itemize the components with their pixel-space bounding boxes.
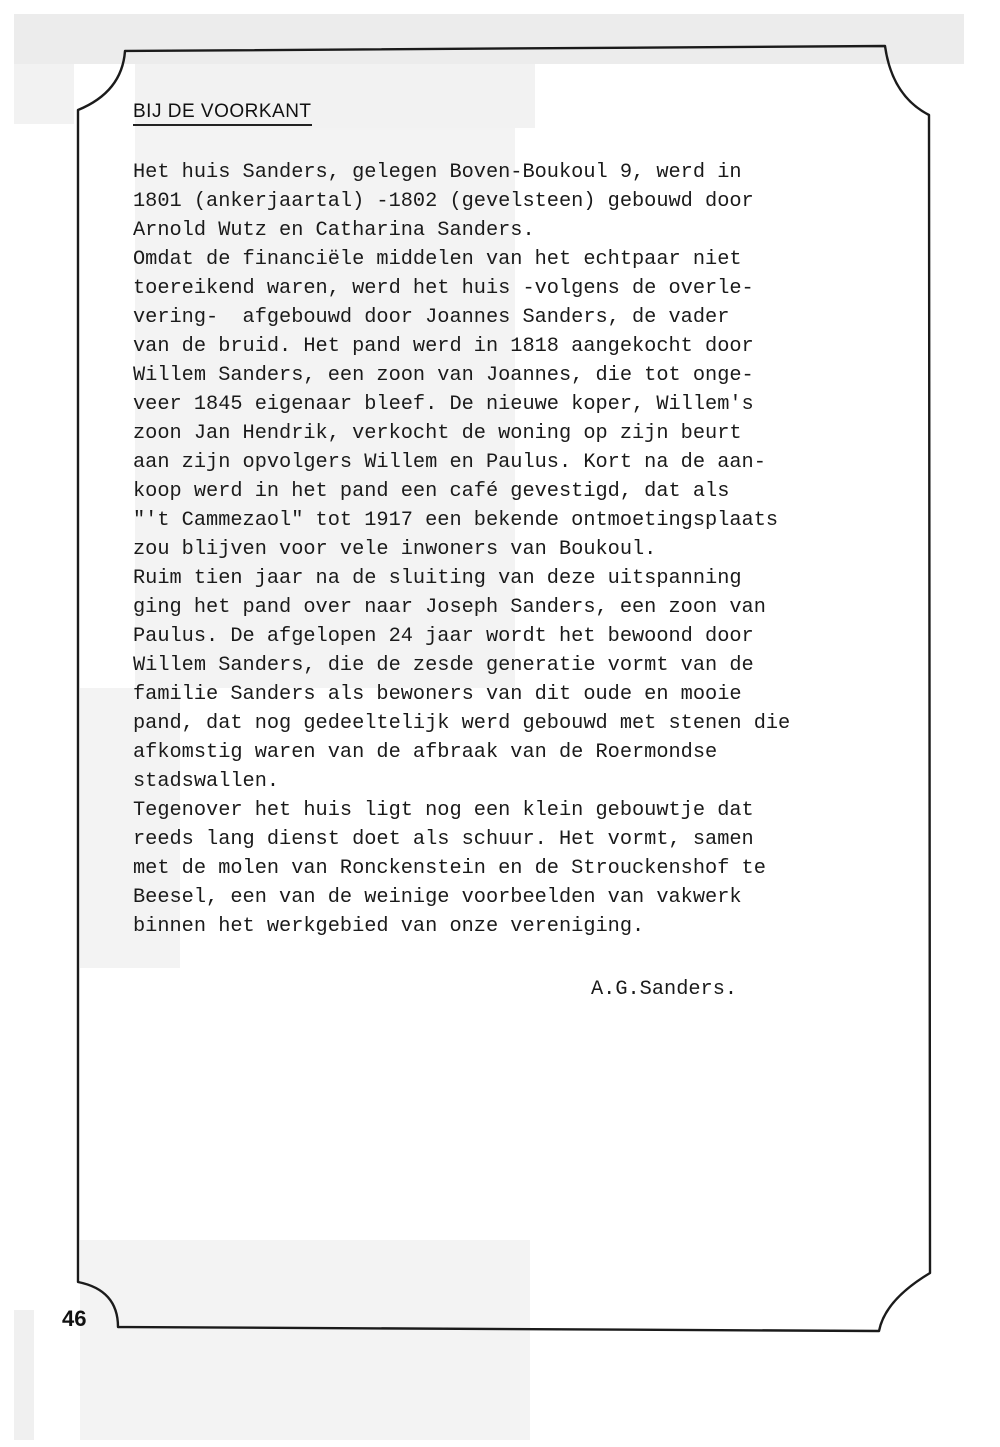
text-line: Omdat de financiële middelen van het ech… xyxy=(133,245,913,274)
text-line: Paulus. De afgelopen 24 jaar wordt het b… xyxy=(133,622,913,651)
text-line: familie Sanders als bewoners van dit oud… xyxy=(133,680,913,709)
text-line: toereikend waren, werd het huis -volgens… xyxy=(133,274,913,303)
text-line: zou blijven voor vele inwoners van Bouko… xyxy=(133,535,913,564)
text-line: Het huis Sanders, gelegen Boven-Boukoul … xyxy=(133,158,913,187)
text-line: reeds lang dienst doet als schuur. Het v… xyxy=(133,825,913,854)
text-line: Willem Sanders, die de zesde generatie v… xyxy=(133,651,913,680)
text-line: Arnold Wutz en Catharina Sanders. xyxy=(133,216,913,245)
text-line: aan zijn opvolgers Willem en Paulus. Kor… xyxy=(133,448,913,477)
text-line: Beesel, een van de weinige voorbeelden v… xyxy=(133,883,913,912)
text-line: pand, dat nog gedeeltelijk werd gebouwd … xyxy=(133,709,913,738)
text-line: koop werd in het pand een café gevestigd… xyxy=(133,477,913,506)
article-body: Het huis Sanders, gelegen Boven-Boukoul … xyxy=(133,158,913,941)
author-signature: A.G.Sanders. xyxy=(591,975,737,1004)
text-line: Tegenover het huis ligt nog een klein ge… xyxy=(133,796,913,825)
text-line: met de molen van Ronckenstein en de Stro… xyxy=(133,854,913,883)
text-line: van de bruid. Het pand werd in 1818 aang… xyxy=(133,332,913,361)
text-line: zoon Jan Hendrik, verkocht de woning op … xyxy=(133,419,913,448)
text-line: ging het pand over naar Joseph Sanders, … xyxy=(133,593,913,622)
text-line: stadswallen. xyxy=(133,767,913,796)
text-line: afkomstig waren van de afbraak van de Ro… xyxy=(133,738,913,767)
page-heading: BIJ DE VOORKANT xyxy=(133,101,312,126)
text-line: Willem Sanders, een zoon van Joannes, di… xyxy=(133,361,913,390)
text-line: "'t Cammezaol" tot 1917 een bekende ontm… xyxy=(133,506,913,535)
text-line: Ruim tien jaar na de sluiting van deze u… xyxy=(133,564,913,593)
text-line: binnen het werkgebied van onze verenigin… xyxy=(133,912,913,941)
text-line: 1801 (ankerjaartal) -1802 (gevelsteen) g… xyxy=(133,187,913,216)
text-line: veer 1845 eigenaar bleef. De nieuwe kope… xyxy=(133,390,913,419)
text-line: vering- afgebouwd door Joannes Sanders, … xyxy=(133,303,913,332)
page-number: 46 xyxy=(62,1306,86,1332)
